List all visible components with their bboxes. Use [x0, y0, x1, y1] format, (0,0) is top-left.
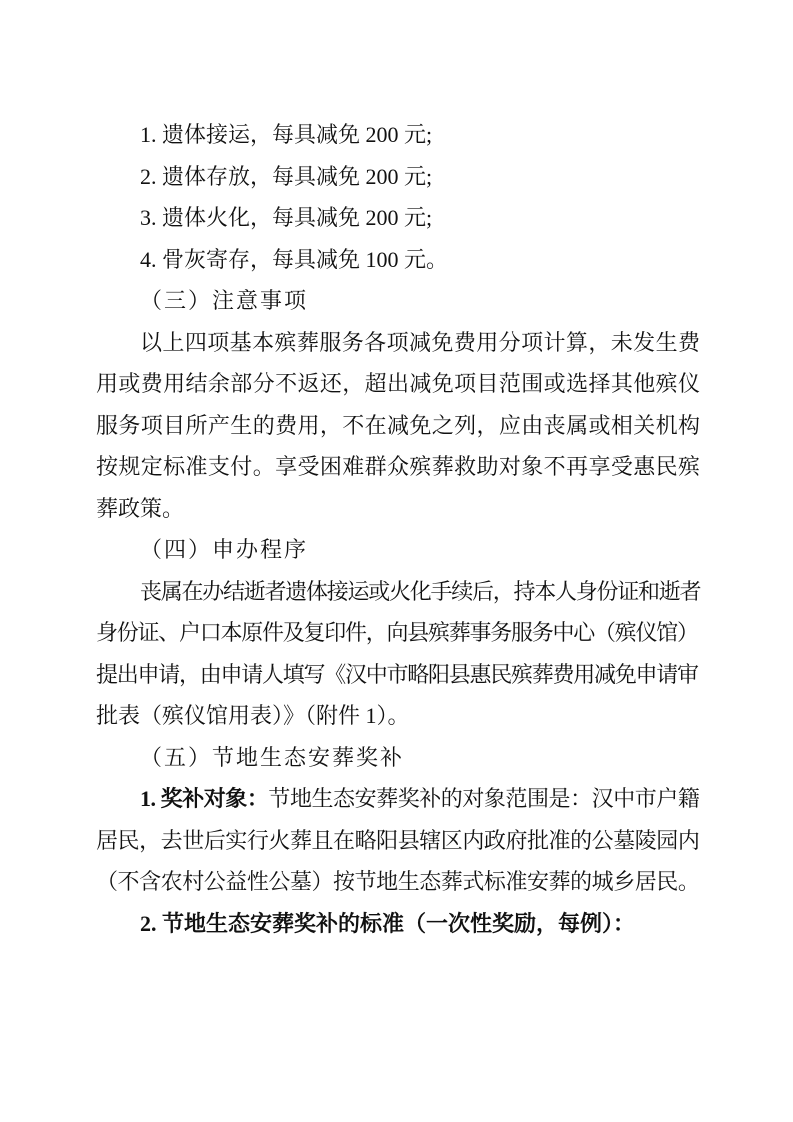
- section-procedure-line: 身份证、户口本原件及复印件，向县殡葬事务服务中心（殡仪馆）: [96, 612, 700, 654]
- section-notes-line: 葬政策。: [96, 488, 700, 530]
- eco-burial-item-1-line: （不含农村公益性公墓）按节地生态葬式标准安葬的城乡居民。: [96, 861, 700, 903]
- section-procedure-line: 丧属在办结逝者遗体接运或火化手续后，持本人身份证和逝者: [96, 571, 700, 613]
- eco-burial-item-1-text: 节地生态安葬奖补的对象范围是：汉中市户籍: [268, 786, 699, 811]
- document-page: 1. 遗体接运，每具减免 200 元; 2. 遗体存放，每具减免 200 元; …: [0, 0, 793, 1122]
- fee-item-1: 1. 遗体接运，每具减免 200 元;: [96, 114, 700, 156]
- eco-burial-item-1-label: 1. 奖补对象：: [140, 786, 268, 811]
- fee-item-3: 3. 遗体火化，每具减免 200 元;: [96, 197, 700, 239]
- section-procedure-line: 批表（殡仪馆用表）》（附件 1）。: [96, 695, 700, 737]
- section-eco-burial-heading: （五）节地生态安葬奖补: [96, 737, 700, 779]
- document-body: 1. 遗体接运，每具减免 200 元; 2. 遗体存放，每具减免 200 元; …: [96, 114, 700, 944]
- section-notes-line: 以上四项基本殡葬服务各项减免费用分项计算，未发生费: [96, 322, 700, 364]
- section-notes-line: 用或费用结余部分不返还，超出减免项目范围或选择其他殡仪: [96, 363, 700, 405]
- fee-item-2: 2. 遗体存放，每具减免 200 元;: [96, 156, 700, 198]
- eco-burial-item-2-heading: 2. 节地生态安葬奖补的标准（一次性奖励，每例）：: [96, 903, 700, 945]
- section-notes-heading: （三）注意事项: [96, 280, 700, 322]
- eco-burial-item-1: 1. 奖补对象：节地生态安葬奖补的对象范围是：汉中市户籍: [96, 778, 700, 820]
- section-procedure-line: 提出申请，由申请人填写《汉中市略阳县惠民殡葬费用减免申请审: [96, 654, 700, 696]
- section-notes-line: 服务项目所产生的费用，不在减免之列，应由丧属或相关机构: [96, 405, 700, 447]
- section-notes-line: 按规定标准支付。享受困难群众殡葬救助对象不再享受惠民殡: [96, 446, 700, 488]
- section-procedure-heading: （四）申办程序: [96, 529, 700, 571]
- eco-burial-item-1-line: 居民，去世后实行火葬且在略阳县辖区内政府批准的公墓陵园内: [96, 820, 700, 862]
- fee-item-4: 4. 骨灰寄存，每具减免 100 元。: [96, 239, 700, 281]
